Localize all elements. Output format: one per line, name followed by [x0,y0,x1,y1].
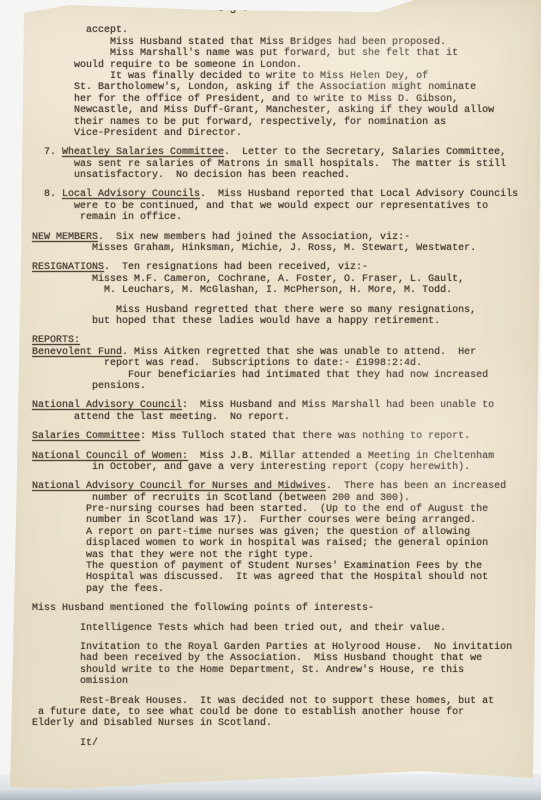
typed-text: remain in office. [32,212,182,223]
typed-text: . Miss Aitken regretted that she was una… [122,347,476,358]
typed-line: remain in office. [32,212,541,223]
typed-text: Miss Marshall's name was put forward, bu… [32,48,458,59]
typed-text: a future date, to see what could be done… [32,707,464,718]
typed-text: attend the last meeting. No report. [32,412,290,423]
typed-text: was that they were not the right type. [32,550,314,561]
blank-line [32,327,541,335]
typed-text: Miss Husband mentioned the following poi… [32,603,374,614]
typed-text: Vice-President and Director. [32,128,242,139]
typed-text: St. Bartholomew's, London, asking if the… [32,82,476,93]
typed-line: should write to the Home Department, St.… [32,665,541,676]
typed-text: . Six new members had joined the Associa… [98,232,410,243]
typed-line: number in Scotland was 17). Further cour… [32,515,541,526]
typed-text: M. Leuchars, M. McGlashan, I. McPherson,… [32,285,452,296]
typed-text: Hospital was discussed. It was agreed th… [32,572,488,583]
blank-line [32,297,541,305]
typed-text: omission [32,676,128,687]
typed-line: pay the fees. [32,584,541,595]
typed-line: St. Bartholomew's, London, asking if the… [32,82,541,93]
typed-line: report was read. Subscriptions to date:-… [32,358,541,369]
typed-text: The question of payment of Student Nurse… [32,561,482,572]
typed-text: were to be continued, and that we would … [32,201,488,212]
typed-line: Miss Husband stated that Miss Bridges ha… [32,37,541,48]
typed-text: : Miss Tulloch stated that there was not… [140,431,470,442]
typed-line: a future date, to see what could be done… [32,707,541,718]
typed-line: attend the last meeting. No report. [32,412,541,423]
typed-text: unsatisfactory. No decision has been rea… [32,170,350,181]
typed-line: Pre-nursing courses had been started. (U… [32,504,541,515]
typed-line: M. Leuchars, M. McGlashan, I. McPherson,… [32,285,541,296]
typed-text: It was finally decided to write to Miss … [32,71,428,82]
typed-line: Miss Marshall's name was put forward, bu… [32,48,541,59]
typed-text: Newcastle, and Miss Duff-Grant, Manchest… [32,105,494,116]
blank-line [32,688,541,696]
blank-line [32,443,541,451]
typed-line: Hospital was discussed. It was agreed th… [32,572,541,583]
scanned-page: - 3 - accept. Miss Husband stated that M… [0,0,541,800]
typed-text: It/ [32,738,98,749]
typed-line: 7. Wheatley Salaries Committee. Letter t… [32,147,541,158]
underlined-heading: National Advisory Council [32,400,182,411]
typed-text: : Miss Husband and Miss Marshall had bee… [182,400,494,411]
underlined-heading: Salaries Committee [32,431,140,442]
typed-text: Miss J.B. Millar attended a Meeting in C… [188,451,494,462]
underlined-heading: Benevolent Fund [32,347,122,358]
typed-line: omission [32,676,541,687]
typed-text: accept. [32,25,128,36]
typed-text: Misses M.F. Cameron, Cochrane, A. Foster… [32,274,464,285]
typed-text: should write to the Home Department, St.… [32,665,464,676]
blank-line [32,615,541,623]
typed-line: A report on part-time nurses was given; … [32,527,541,538]
typed-text: Rest-Break Houses. It was decided not to… [32,696,494,707]
underlined-heading: Wheatley Salaries Committee [62,147,224,158]
typed-line: National Council of Women: Miss J.B. Mil… [32,451,541,462]
typed-text: Miss Husband regretted that there were s… [32,305,476,316]
typed-text: Pre-nursing courses had been started. (U… [32,504,488,515]
typed-text: Misses Graham, Hinksman, Michie, J. Ross… [32,243,476,254]
typed-text: pensions. [32,381,146,392]
blank-line [32,224,541,232]
typed-text: 8. [32,189,62,200]
typed-line: displaced women to work in hospital was … [32,538,541,549]
underlined-heading: RESIGNATIONS [32,262,104,273]
blank-line [32,634,541,642]
typed-line: National Advisory Council for Nurses and… [32,481,541,492]
typed-line: their names to be put forward, respectiv… [32,117,541,128]
typed-line: Rest-Break Houses. It was decided not to… [32,696,541,707]
typed-line: REPORTS: [32,335,541,346]
typed-text: her for the office of President, and to … [32,94,458,105]
blank-line [32,730,541,738]
typed-line: RESIGNATIONS. Ten resignations had been … [32,262,541,273]
typed-text: displaced women to work in hospital was … [32,538,488,549]
typed-text: Elderly and Disabled Nurses in Scotland. [32,718,272,729]
typed-text: - 3 - [32,6,248,17]
typed-text: number of recruits in Scotland (between … [32,493,410,504]
typed-line: pensions. [32,381,541,392]
typed-text: . Ten resignations had been received, vi… [104,262,368,273]
typed-line: Salaries Committee: Miss Tulloch stated … [32,431,541,442]
typed-line: Misses Graham, Hinksman, Michie, J. Ross… [32,243,541,254]
typed-line: Intelligence Tests which had been tried … [32,623,541,634]
typed-line: It/ [32,738,541,749]
blank-line [32,423,541,431]
typed-line: Newcastle, and Miss Duff-Grant, Manchest… [32,105,541,116]
typed-line: NEW MEMBERS. Six new members had joined … [32,232,541,243]
typed-line: Benevolent Fund. Miss Aitken regretted t… [32,347,541,358]
typed-text: had been received by the Association. Mi… [32,653,482,664]
typed-text: Four beneficiaries had intimated that th… [32,370,488,381]
typed-line: Invitation to the Royal Garden Parties a… [32,642,541,653]
typed-line: Four beneficiaries had intimated that th… [32,370,541,381]
typed-text: in October, and gave a very interesting … [32,462,470,473]
underlined-heading: Local Advisory Councils [62,189,200,200]
typed-lines: - 3 - accept. Miss Husband stated that M… [32,6,541,749]
typed-line: would require to be someone in London. [32,60,541,71]
blank-line [32,595,541,603]
typed-text: their names to be put forward, respectiv… [32,117,446,128]
typed-text: Intelligence Tests which had been tried … [32,623,446,634]
typed-text: . There has been an increased [326,481,506,492]
typed-text: number in Scotland was 17). Further cour… [32,515,476,526]
typed-line: Miss Husband regretted that there were s… [32,305,541,316]
typed-line: was sent re salaries of Matrons in small… [32,159,541,170]
typed-line: - 3 - [32,6,541,17]
typed-line: 8. Local Advisory Councils. Miss Husband… [32,189,541,200]
typed-text: report was read. Subscriptions to date:-… [32,358,422,369]
typed-line: accept. [32,25,541,36]
typed-line: Misses M.F. Cameron, Cochrane, A. Foster… [32,274,541,285]
underlined-heading: National Council of Women: [32,451,188,462]
typed-line: Miss Husband mentioned the following poi… [32,603,541,614]
typed-text: Miss Husband stated that Miss Bridges ha… [32,37,446,48]
typed-line: number of recruits in Scotland (between … [32,493,541,504]
typed-line: Elderly and Disabled Nurses in Scotland. [32,718,541,729]
typed-line: were to be continued, and that we would … [32,201,541,212]
typed-text: was sent re salaries of Matrons in small… [32,159,506,170]
typed-text: . Miss Husband reported that Local Advis… [200,189,518,200]
typed-text: . Letter to the Secretary, Salaries Comm… [224,147,506,158]
typed-line: Vice-President and Director. [32,128,541,139]
typed-line: The question of payment of Student Nurse… [32,561,541,572]
typed-text: but hoped that these ladies would have a… [32,316,440,327]
typed-line: National Advisory Council: Miss Husband … [32,400,541,411]
typed-line: her for the office of President, and to … [32,94,541,105]
typed-text: A report on part-time nurses was given; … [32,527,470,538]
typed-line: had been received by the Association. Mi… [32,653,541,664]
typed-text: pay the fees. [32,584,164,595]
typed-line: unsatisfactory. No decision has been rea… [32,170,541,181]
typed-line: but hoped that these ladies would have a… [32,316,541,327]
underlined-heading: NEW MEMBERS [32,232,98,243]
typed-line: was that they were not the right type. [32,550,541,561]
typed-text: would require to be someone in London. [32,60,302,71]
typed-line: It was finally decided to write to Miss … [32,71,541,82]
typed-line: in October, and gave a very interesting … [32,462,541,473]
typed-text: 7. [32,147,62,158]
typed-text: Invitation to the Royal Garden Parties a… [32,642,512,653]
underlined-heading: REPORTS: [32,335,80,346]
underlined-heading: National Advisory Council for Nurses and… [32,481,326,492]
